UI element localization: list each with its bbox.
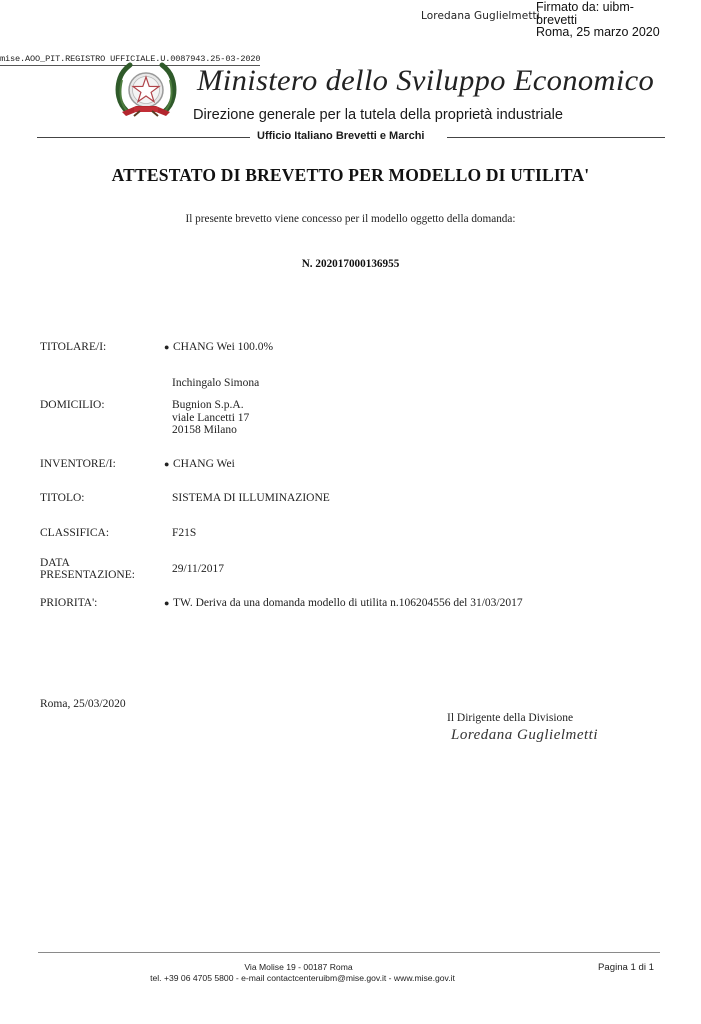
patent-number: N. 202017000136955 — [0, 258, 701, 270]
footer-contacts: tel. +39 06 4705 5800 - e-mail contactce… — [0, 973, 653, 983]
digital-signature-name: Loredana Guglielmetti — [421, 10, 540, 22]
signer-role: Il Dirigente della Divisione — [447, 712, 573, 724]
bullet-icon: ● — [164, 458, 173, 471]
holders-label: TITOLARE/I: — [40, 341, 106, 353]
holder-item: ●CHANG Wei 100.0% — [164, 341, 273, 354]
document-title: ATTESTATO DI BREVETTO PER MODELLO DI UTI… — [0, 165, 701, 186]
title-label: TITOLO: — [40, 492, 85, 504]
handwritten-signature: Loredana Guglielmetti — [451, 727, 598, 744]
place-date: Roma, 25/03/2020 — [40, 698, 126, 710]
intro-text: Il presente brevetto viene concesso per … — [0, 213, 701, 225]
filing-date-label-line: PRESENTAZIONE: — [40, 569, 135, 581]
classification-label: CLASSIFICA: — [40, 527, 109, 539]
agent-name: Inchingalo Simona — [172, 377, 259, 390]
holder-value: CHANG Wei 100.0% — [173, 341, 273, 353]
address-line: 20158 Milano — [172, 424, 249, 437]
footer-address: Via Molise 19 - 00187 Roma — [0, 962, 649, 972]
italian-republic-emblem-icon — [114, 62, 178, 124]
filing-date-label: DATA PRESENTAZIONE: — [40, 557, 135, 581]
inventor-value: CHANG Wei — [173, 458, 235, 470]
filing-date-label-line: DATA — [40, 557, 135, 569]
signature-stamp-line: Firmato da: uibm- — [536, 1, 660, 14]
priority-item: ●TW. Deriva da una domanda modello di ut… — [164, 597, 523, 610]
classification-value: F21S — [172, 527, 196, 540]
address-line: Bugnion S.p.A. — [172, 399, 249, 412]
domicile-address: Bugnion S.p.A. viale Lancetti 17 20158 M… — [172, 399, 249, 437]
office-name: Ufficio Italiano Brevetti e Marchi — [257, 130, 424, 142]
inventor-item: ●CHANG Wei — [164, 458, 235, 471]
footer-divider — [38, 952, 660, 953]
priority-value: TW. Deriva da una domanda modello di uti… — [173, 597, 523, 609]
digital-signature-stamp: Firmato da: uibm- brevetti Roma, 25 marz… — [536, 1, 660, 39]
header-divider-left — [37, 137, 250, 138]
department-name: Direzione generale per la tutela della p… — [193, 107, 563, 123]
domicile-label: DOMICILIO: — [40, 399, 105, 411]
bullet-icon: ● — [164, 597, 173, 610]
signature-stamp-line: Roma, 25 marzo 2020 — [536, 26, 660, 39]
address-line: viale Lancetti 17 — [172, 412, 249, 425]
bullet-icon: ● — [164, 341, 173, 354]
header-divider-right — [447, 137, 665, 138]
ministry-name: Ministero dello Sviluppo Economico — [197, 64, 654, 98]
inventors-label: INVENTORE/I: — [40, 458, 116, 470]
priority-label: PRIORITA': — [40, 597, 97, 609]
title-value: SISTEMA DI ILLUMINAZIONE — [172, 492, 330, 505]
filing-date-value: 29/11/2017 — [172, 563, 224, 576]
page-indicator: Pagina 1 di 1 — [598, 962, 654, 973]
